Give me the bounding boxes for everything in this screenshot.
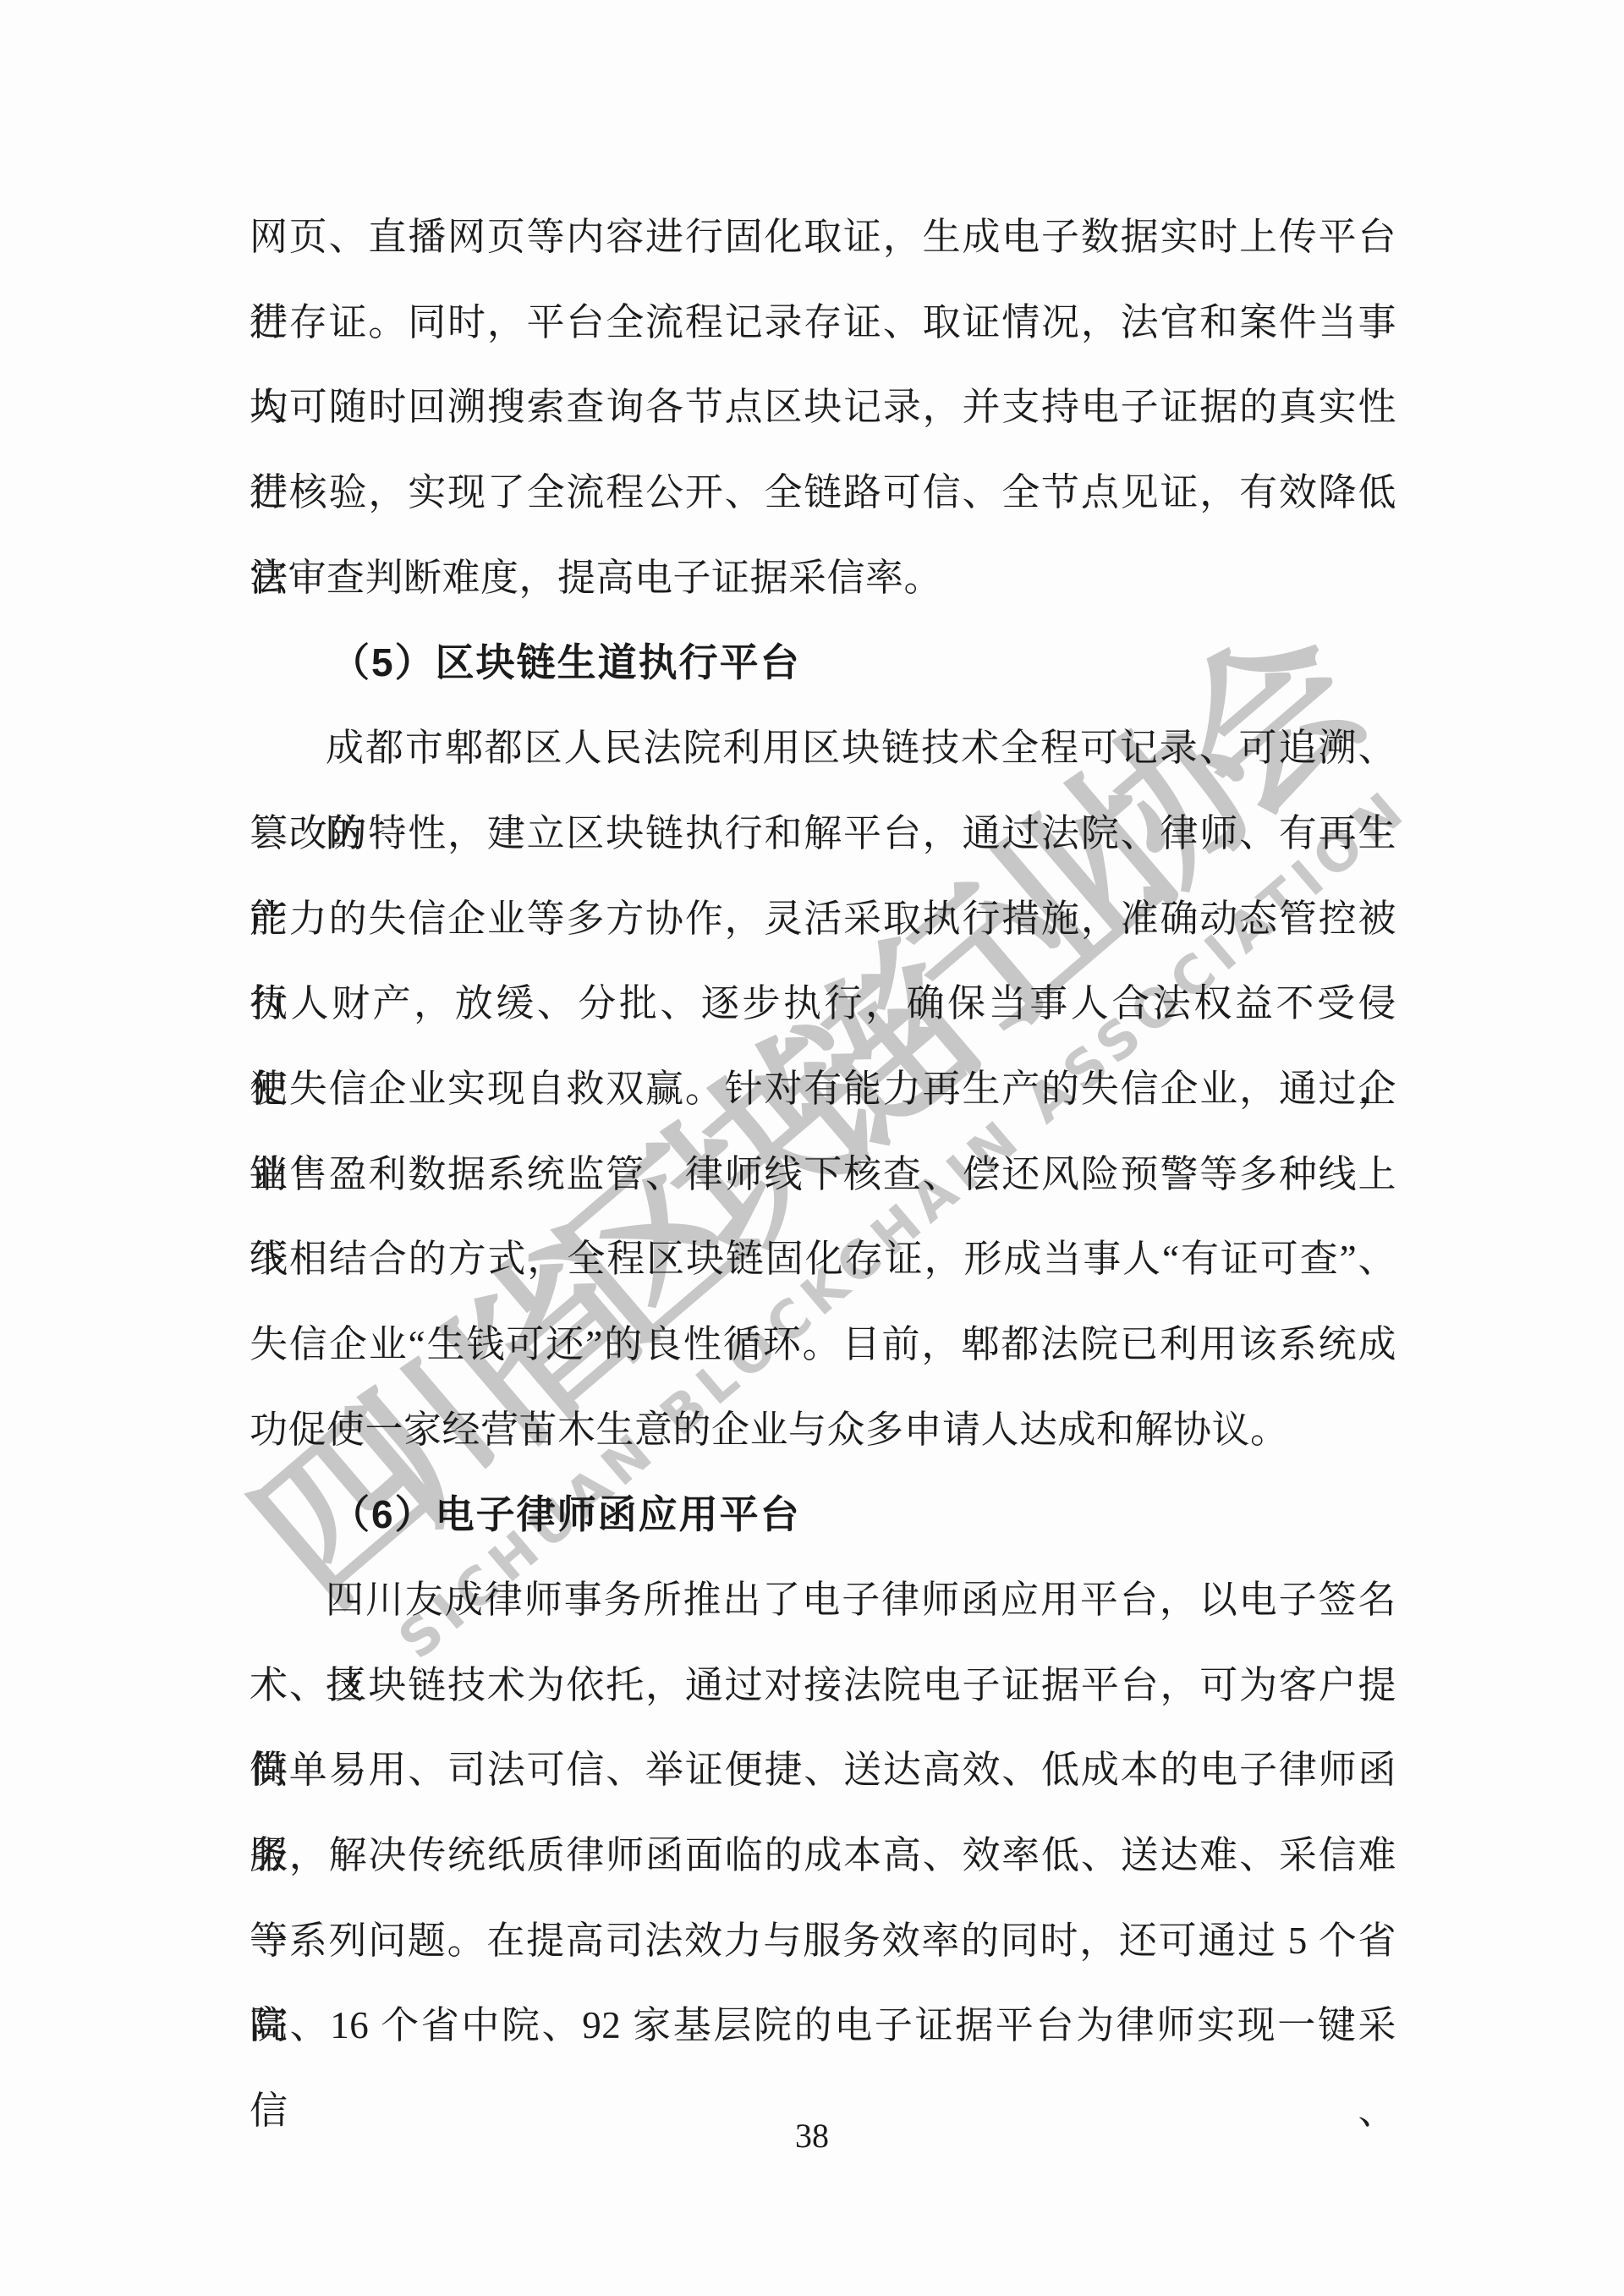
text-line: 官审查判断难度，提高电子证据采信率。 [250, 536, 1396, 621]
document-page: 四川省区块链行业协会 SICHUAN BLOCKCHAIN ASSOCIATIO… [0, 0, 1624, 2296]
text-line: 销售盈利数据系统监管、律师线下核查、偿还风险预警等多种线上线 [250, 1132, 1396, 1217]
text-line: 院、16 个省中院、92 家基层院的电子证据平台为律师实现一键采信、 [250, 1983, 1396, 2068]
text-line: 一系列问题。在提高司法效力与服务效率的同时，还可通过 5 个省高 [250, 1898, 1396, 1984]
text-line: 均可随时回溯搜索查询各节点区块记录，并支持电子证据的真实性进 [250, 365, 1396, 450]
document-body: 网页、直播网页等内容进行固化取证，生成电子数据实时上传平台进行存证。同时，平台全… [250, 195, 1396, 2068]
text-line: 术、区块链技术为依托，通过对接法院电子证据平台，可为客户提供 [250, 1643, 1396, 1728]
text-line: 网页、直播网页等内容进行固化取证，生成电子数据实时上传平台进 [250, 195, 1396, 280]
section-heading: （6）电子律师函应用平台 [250, 1472, 1396, 1557]
text-line: 失信企业“生钱可还”的良性循环。目前，郫都法院已利用该系统成 [250, 1302, 1396, 1387]
text-line: 成都市郫都区人民法院利用区块链技术全程可记录、可追溯、防 [250, 706, 1396, 791]
text-line: 篡改的特性，建立区块链执行和解平台，通过法院、律师、有再生产 [250, 791, 1396, 876]
text-line: 下相结合的方式，全程区块链固化存证，形成当事人“有证可查”、 [250, 1217, 1396, 1302]
text-line: 简单易用、司法可信、举证便捷、送达高效、低成本的电子律师函服 [250, 1727, 1396, 1813]
text-line: 行存证。同时，平台全流程记录存证、取证情况，法官和案件当事人 [250, 280, 1396, 365]
text-line: 务，解决传统纸质律师函面临的成本高、效率低、送达难、采信难等 [250, 1813, 1396, 1898]
page-number: 38 [0, 2113, 1624, 2159]
text-line: 行人财产，放缓、分批、逐步执行，确保当事人合法权益不受侵犯， [250, 961, 1396, 1046]
text-line: 四川友成律师事务所推出了电子律师函应用平台，以电子签名技 [250, 1557, 1396, 1643]
text-line: 功促使一家经营苗木生意的企业与众多申请人达成和解协议。 [250, 1387, 1396, 1473]
text-line: 行核验，实现了全流程公开、全链路可信、全节点见证，有效降低法 [250, 450, 1396, 536]
text-line: 使失信企业实现自救双赢。针对有能力再生产的失信企业，通过企业 [250, 1046, 1396, 1132]
section-heading: （5）区块链生道执行平台 [250, 620, 1396, 706]
text-line: 能力的失信企业等多方协作，灵活采取执行措施，准确动态管控被执 [250, 876, 1396, 962]
